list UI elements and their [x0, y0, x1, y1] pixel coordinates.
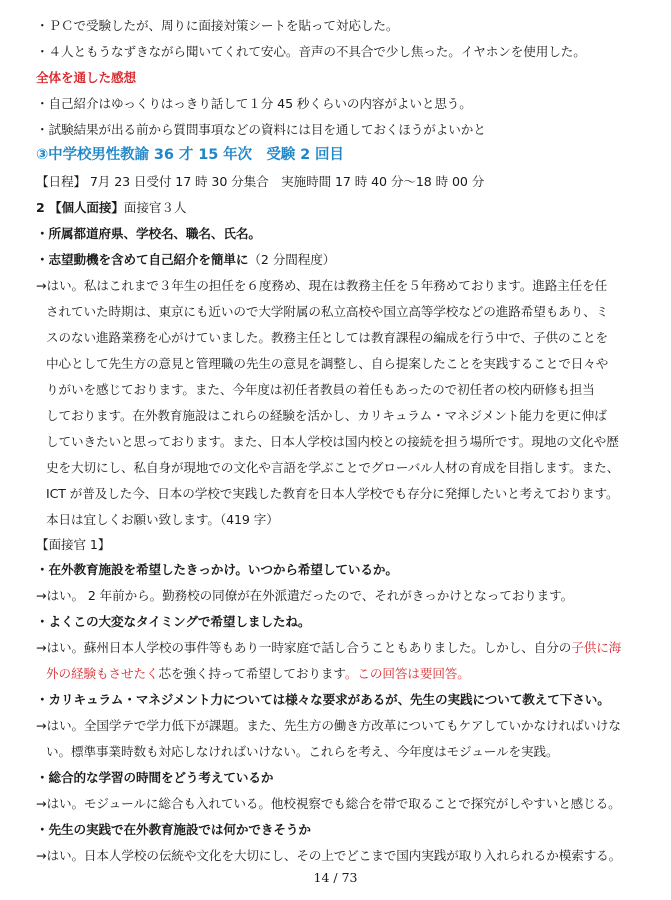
interviewer-1-heading: 【面接官 1】 — [36, 537, 110, 553]
interview-heading-label: 2 【個人面接】 — [36, 200, 124, 215]
answer-line: →はい。モジュールに総合も入れている。他校視察でも総合を帯で取ることで探究がしや… — [36, 796, 621, 812]
note-pc-exam: ・ＰＣで受験したが、周りに面接対策シートを貼って対応した。 — [36, 18, 398, 34]
answer-line: されていた時期は、東京にも近いので大学附属の私立高校や国立高等学校などの進路希望… — [46, 304, 608, 320]
answer-line: 本日は宜しくお願い致します。（419 字） — [46, 512, 279, 528]
answer-line: →はい。全国学テで学力低下が課題。また、先生方の働き方改革についてもケアしていか… — [36, 718, 621, 734]
answer-line: スのない進路業務を心がけていました。教務主任としては教育課程の編成を行う中で、子… — [46, 330, 608, 346]
question-text: ・志望動機を含めて自己紹介を簡単に — [36, 252, 248, 267]
answer-line: しております。在外教育施設はこれらの経験を活かし、カリキュラム・マネジメント能力… — [46, 408, 607, 424]
answer-line: →はい。蘇州日本人学校の事件等もあり一時家庭で話し合うこともありました。しかし、… — [36, 640, 621, 656]
answer-line: い。標準事業時数も対応しなければいけない。これらを考え、今年度はモジュールを実践… — [46, 744, 559, 760]
answer-line: りがいを感じております。また、今年度は初任者教員の着任もあったので初任者の校内研… — [46, 382, 595, 398]
schedule-line: 【日程】 7月 23 日受付 17 時 30 分集合 実施時間 17 時 40 … — [36, 174, 484, 190]
question: ・所属都道府県、学校名、職名、氏名。 — [36, 226, 261, 242]
interview-heading: 2 【個人面接】面接官３人 — [36, 200, 186, 216]
note-self-intro: ・自己紹介はゆっくりはっきり話して１分 45 秒くらいの内容がよいと思う。 — [36, 96, 472, 112]
candidate-heading: ③中学校男性教諭 36 才 15 年次 受験 2 回目 — [36, 147, 344, 163]
question: ・在外教育施設を希望したきっかけ。いつから希望しているか。 — [36, 562, 398, 578]
question: ・カリキュラム・マネジメント力については様々な要求があるが、先生の実践について教… — [36, 692, 610, 708]
answer-highlight: 子供に海 — [571, 640, 621, 655]
answer-line: していきたいと思っております。また、日本人学校は国内校との接続を担う場所です。現… — [46, 434, 619, 450]
answer-line: 外の経験もさせたく芯を強く持って希望しております。この回答は要回答。 — [46, 666, 470, 682]
answer-line: ICT が普及した今、日本の学校で実践した教育を日本人学校でも存分に発揮したいと… — [46, 486, 619, 502]
question: ・総合的な学習の時間をどう考えているか — [36, 770, 273, 786]
answer-annotation: 。この回答は要回答。 — [345, 666, 470, 681]
question: ・よくこの大変なタイミングで希望しましたね。 — [36, 614, 310, 630]
document-page: ・ＰＣで受験したが、周りに面接対策シートを貼って対応した。 ・４人ともうなずきな… — [0, 0, 671, 900]
interview-heading-detail: 面接官３人 — [124, 200, 186, 215]
answer-line: →はい。日本人学校の伝統や文化を大切にし、その上でどこまで国内実践が取り入れられ… — [36, 848, 621, 864]
question: ・先生の実践で在外教育施設では何かできそうか — [36, 822, 311, 838]
question-note: （2 分間程度） — [248, 252, 335, 267]
page-number: 14 / 73 — [0, 870, 671, 885]
answer-line: 中心として先生方の意見と管理職の先生の意見を調整し、自ら提案したことを実践するこ… — [46, 356, 608, 372]
answer-highlight: 外の経験もさせたく — [46, 666, 158, 681]
answer-line: 史を大切にし、私自身が現地での文化や言語を学ぶことでグローバル人材の育成を目指し… — [46, 460, 619, 476]
note-interviewers: ・４人ともうなずきながら聞いてくれて安心。音声の不具合で少し焦った。イヤホンを使… — [36, 44, 586, 60]
answer-line: →はい。 2 年前から。勤務校の同僚が在外派遣だったので、それがきっかけとなって… — [36, 588, 573, 604]
answer-line: →はい。私はこれまで３年生の担任を６度務め、現在は教務主任を５年務めております。… — [36, 278, 607, 294]
section-heading-overall: 全体を通した感想 — [36, 70, 136, 86]
note-read-materials: ・試験結果が出る前から質問事項などの資料には目を通しておくほうがよいかと — [36, 122, 486, 138]
answer-text: 芯を強く持って希望しております — [158, 666, 344, 681]
answer-text: →はい。蘇州日本人学校の事件等もあり一時家庭で話し合うこともありました。しかし、… — [36, 640, 571, 655]
question: ・志望動機を含めて自己紹介を簡単に（2 分間程度） — [36, 252, 335, 268]
